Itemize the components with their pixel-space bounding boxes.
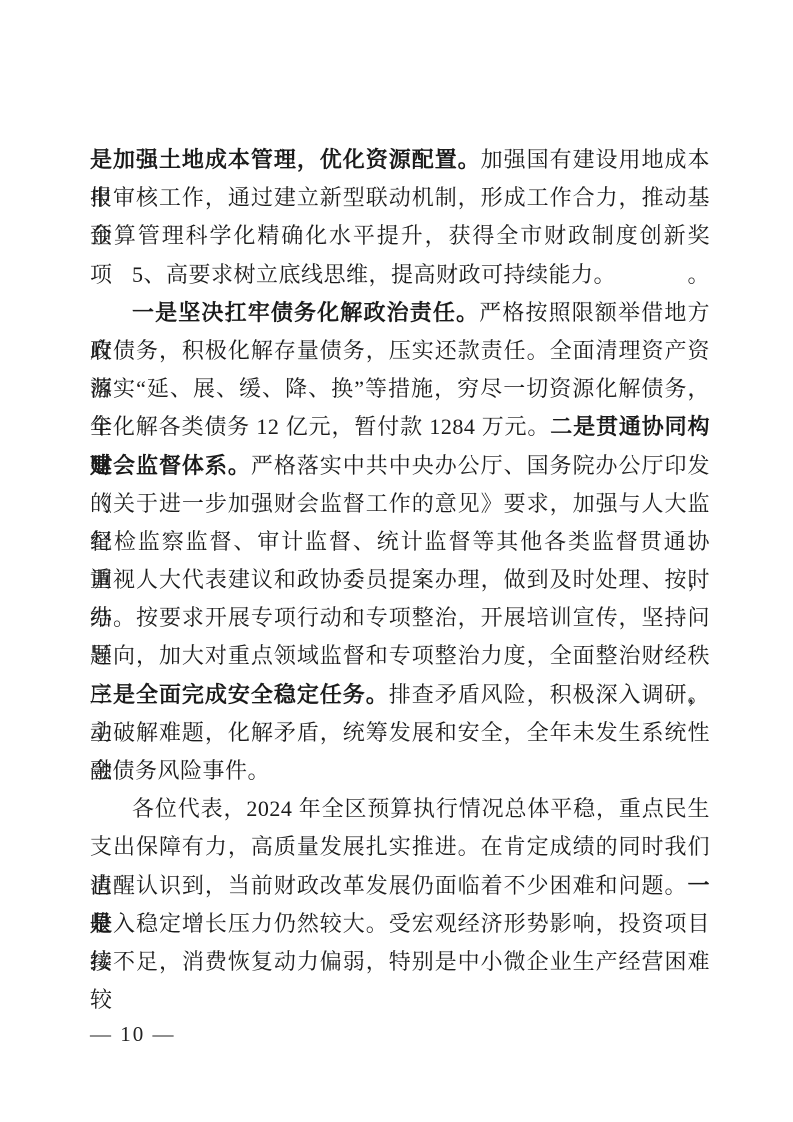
text-line: 年化解各类债务 12 亿元，暂付款 1284 万元。二是贯通协同构建	[90, 408, 710, 446]
text-line: 府债务，积极化解存量债务，压实还款责任。全面清理资产资源，	[90, 332, 710, 370]
text-line: 财会监督体系。严格落实中共中央办公厅、国务院办公厅印发的	[90, 447, 710, 485]
text-line: 一是坚决扛牢债务化解政治责任。严格按照限额举借地方政	[90, 294, 710, 332]
text-line: 报审核工作，通过建立新型联动机制，形成工作合力，推动基金	[90, 179, 710, 217]
text-run: 清醒认识到，当前财政改革发展仍面临着不少困难和问题。	[90, 873, 687, 898]
text-line: 结。按要求开展专项行动和专项整治，开展培训宣传，坚持问题	[90, 599, 710, 637]
bold-text-run: 是加强土地成本管理，优化资源配置。	[90, 147, 481, 172]
text-line: 清醒认识到，当前财政改革发展仍面临着不少困难和问题。一是	[90, 867, 710, 905]
text-line: 是加强土地成本管理，优化资源配置。加强国有建设用地成本申	[90, 141, 710, 179]
bold-text-run: 一是坚决扛牢债务化解政治责任。	[132, 300, 479, 325]
text-run: 融债务风险事件。	[90, 758, 270, 783]
text-line: 收入稳定增长压力仍然较大。受宏观经济形势影响，投资项目接	[90, 905, 710, 943]
bold-text-run: 三是全面完成安全稳定任务。	[90, 682, 389, 707]
text-line: 重视人大代表建议和政协委员提案办理，做到及时处理、按时办	[90, 561, 710, 599]
text-line: 导向，加大对重点领域监督和专项整治力度，全面整治财经秩序。	[90, 637, 710, 675]
text-line: 融债务风险事件。	[90, 752, 710, 790]
text-line: 三是全面完成安全稳定任务。排查矛盾风险，积极深入调研，主	[90, 676, 710, 714]
text-run: 5、高要求树立底线思维，提高财政可持续能力。	[132, 262, 616, 287]
text-line: 动破解难题，化解矛盾，统筹发展和安全，全年未发生系统性金	[90, 714, 710, 752]
text-run: 年化解各类债务 12 亿元，暂付款 1284 万元。	[90, 414, 550, 439]
document-body: 是加强土地成本管理，优化资源配置。加强国有建设用地成本申报审核工作，通过建立新型…	[90, 141, 710, 981]
text-line: 落实“延、展、缓、降、换”等措施，穷尽一切资源化解债务，全	[90, 370, 710, 408]
text-run: 各位代表，2024 年全区预算执行情况总体平稳，重点民生	[132, 796, 710, 821]
text-line: 各位代表，2024 年全区预算执行情况总体平稳，重点民生	[90, 790, 710, 828]
text-line: 《关于进一步加强财会监督工作的意见》要求，加强与人大监督、	[90, 485, 710, 523]
text-line: 预算管理科学化精确化水平提升，获得全市财政制度创新奖项。	[90, 217, 710, 255]
text-line: 续不足，消费恢复动力偏弱，特别是中小微企业生产经营困难较	[90, 943, 710, 981]
text-line: 支出保障有力，高质量发展扎实推进。在肯定成绩的同时我们也	[90, 828, 710, 866]
text-line: 纪检监察监督、审计监督、统计监督等其他各类监督贯通协调，	[90, 523, 710, 561]
page-number: — 10 —	[90, 1015, 176, 1053]
text-run: 续不足，消费恢复动力偏弱，特别是中小微企业生产经营困难较	[90, 949, 710, 1012]
bold-text-run: 财会监督体系。	[90, 453, 251, 478]
document-page: 是加强土地成本管理，优化资源配置。加强国有建设用地成本申报审核工作，通过建立新型…	[0, 0, 793, 1122]
